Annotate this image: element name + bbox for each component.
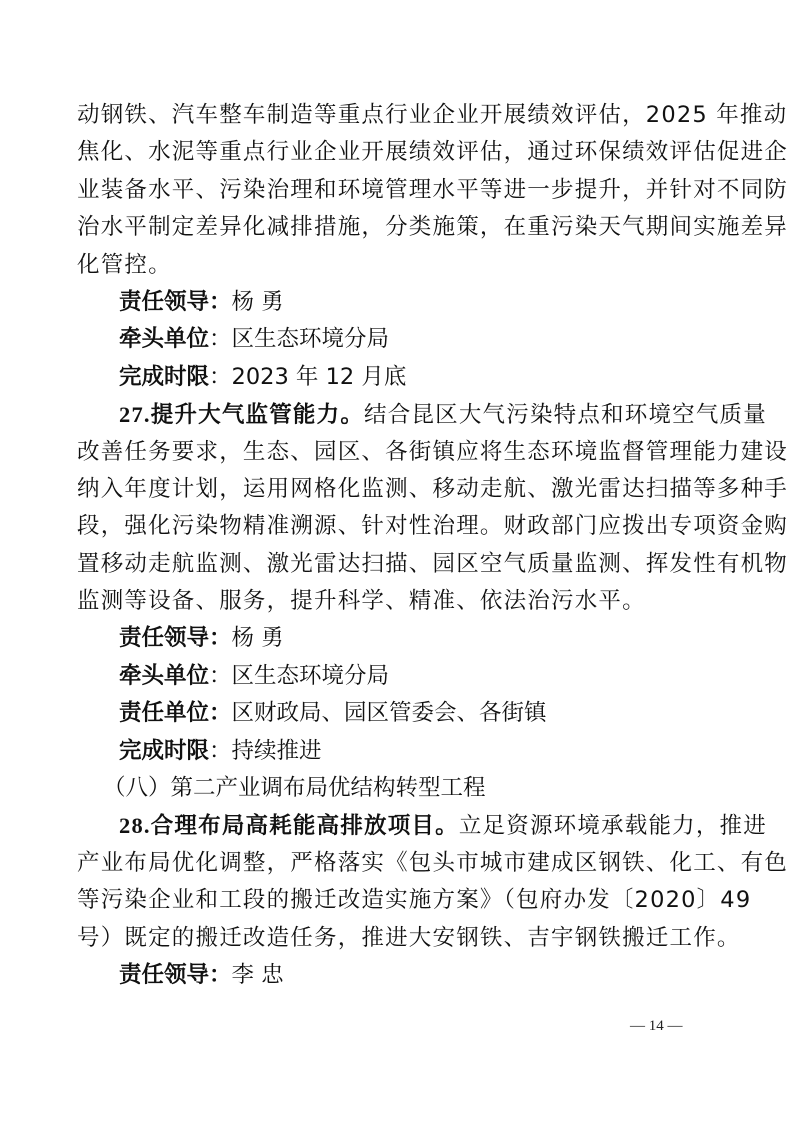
meta-value: 杨 勇 [232,289,284,315]
responsible-leader: 责任领导：杨 勇 [77,284,717,321]
item-number: 28. [119,813,151,838]
item-28-heading-line: 28.合理布局高耗能高排放项目。立足资源环境承载能力，推进 [77,807,717,844]
lead-unit: 牵头单位：区生态环境分局 [77,321,717,358]
lead-unit: 牵头单位：区生态环境分局 [77,658,717,695]
paragraph-line: 段，强化污染物精准溯源、针对性治理。财政部门应拨出专项资金购 [77,508,717,545]
responsible-unit: 责任单位：区财政局、园区管委会、各街镇 [77,695,717,732]
meta-value: ：区生态环境分局 [209,663,389,689]
deadline: 完成时限：2023 年 12 月底 [77,359,717,396]
paragraph-line: 改善任务要求，生态、园区、各街镇应将生态环境监督管理能力建设 [77,434,717,471]
meta-value: 区财政局、园区管委会、各街镇 [232,700,547,726]
meta-value: ：区生态环境分局 [209,326,389,352]
meta-label: 责任领导： [119,289,232,315]
meta-value: 杨 勇 [232,625,284,651]
paragraph-line: 等污染企业和工段的搬迁改造实施方案》（包府办发〔2020〕49 [77,882,717,919]
item-number: 27. [119,402,151,427]
paragraph-line: 监测等设备、服务，提升科学、精准、依法治污水平。 [77,583,717,620]
meta-value: 李 忠 [232,962,284,988]
section-heading: （八）第二产业调布局优结构转型工程 [77,770,717,807]
meta-label: 完成时限 [119,364,209,390]
paragraph-line: 焦化、水泥等重点行业企业开展绩效评估，通过环保绩效评估促进企 [77,134,717,171]
responsible-leader: 责任领导：杨 勇 [77,620,717,657]
paragraph-line: 动钢铁、汽车整车制造等重点行业企业开展绩效评估，2025 年推动 [77,97,717,134]
item-text: 立足资源环境承载能力，推进 [459,813,767,839]
deadline: 完成时限：持续推进 [77,733,717,770]
paragraph-line: 纳入年度计划，运用网格化监测、移动走航、激光雷达扫描等多种手 [77,471,717,508]
paragraph-line: 产业布局优化调整，严格落实《包头市城市建成区钢铁、化工、有色 [77,845,717,882]
responsible-leader: 责任领导：李 忠 [77,957,717,994]
paragraph-line: 业装备水平、污染治理和环境管理水平等进一步提升，并针对不同防 [77,172,717,209]
paragraph-line: 号）既定的搬迁改造任务，推进大安钢铁、吉宇钢铁搬迁工作。 [77,920,717,957]
document-page: 动钢铁、汽车整车制造等重点行业企业开展绩效评估，2025 年推动 焦化、水泥等重… [77,97,717,994]
meta-label: 牵头单位 [119,326,209,352]
meta-value: ：2023 年 12 月底 [209,364,406,390]
page-number: — 14 — [630,1018,683,1035]
item-title: 提升大气监管能力。 [151,402,364,428]
meta-label: 责任单位： [119,700,232,726]
paragraph-line: 化管控。 [77,247,717,284]
item-title: 合理布局高耗能高排放项目。 [151,813,459,839]
item-27-heading-line: 27.提升大气监管能力。结合昆区大气污染特点和环境空气质量 [77,396,717,433]
meta-label: 责任领导： [119,625,232,651]
meta-label: 完成时限 [119,738,209,764]
paragraph-line: 治水平制定差异化减排措施，分类施策，在重污染天气期间实施差异 [77,209,717,246]
paragraph-line: 置移动走航监测、激光雷达扫描、园区空气质量监测、挥发性有机物 [77,546,717,583]
meta-label: 牵头单位 [119,663,209,689]
meta-label: 责任领导： [119,962,232,988]
meta-value: ：持续推进 [209,738,322,764]
item-text: 结合昆区大气污染特点和环境空气质量 [364,402,767,428]
